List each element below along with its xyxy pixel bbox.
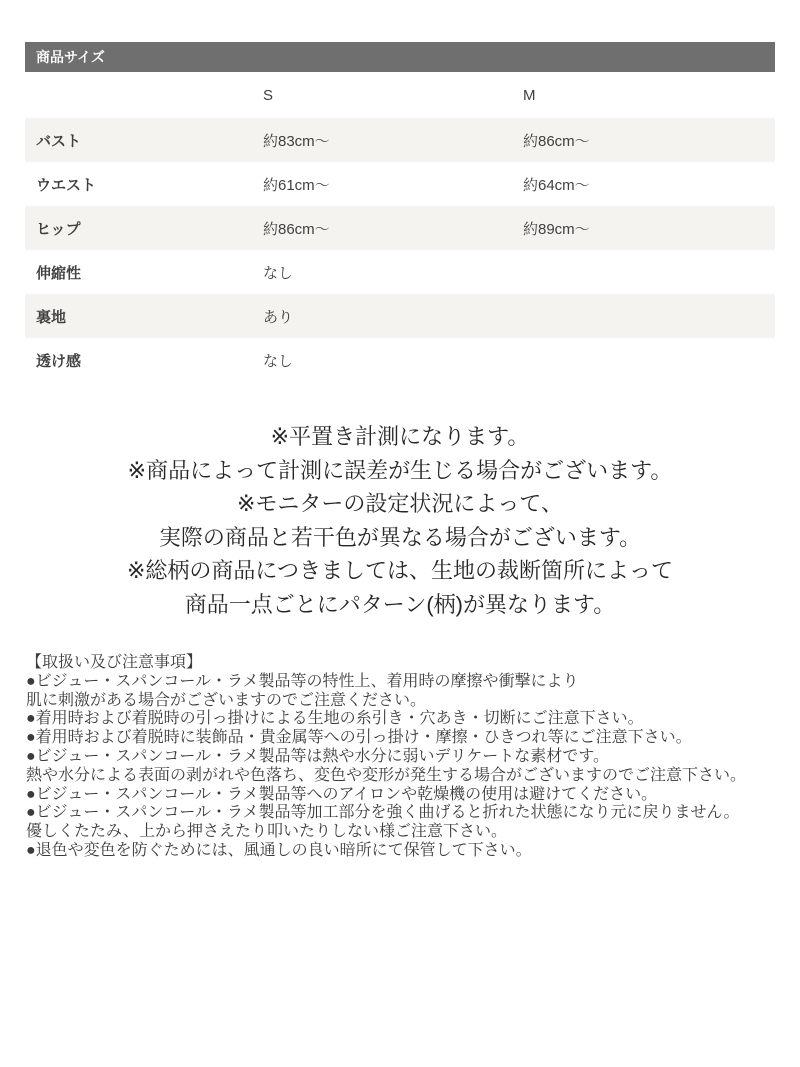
size-table-header-row: S M — [25, 72, 775, 118]
care-line: ●ビジュー・スパンコール・ラメ製品等へのアイロンや乾燥機の使用は避けてください。 — [26, 786, 786, 805]
row-value-m — [523, 338, 775, 382]
measurement-notes: ※平置き計測になります。 ※商品によって計測に誤差が生じる場合がございます。 ※… — [0, 420, 800, 622]
care-line: 優しくたたみ、上から押さえたり叩いたりしない様ご注意下さい。 — [26, 823, 786, 842]
product-size-section: 商品サイズ S M バスト 約83cm〜 約86cm〜 ウエスト 約61cm〜 … — [25, 42, 775, 382]
care-line: ●ビジュー・スパンコール・ラメ製品等の特性上、着用時の摩擦や衝撃により — [26, 673, 786, 692]
care-instructions-section: 【取扱い及び注意事項】 ●ビジュー・スパンコール・ラメ製品等の特性上、着用時の摩… — [26, 654, 786, 861]
care-line: 熱や水分による表面の剥がれや色落ち、変色や変形が発生する場合がございますのでご注… — [26, 767, 786, 786]
size-table-header-spacer — [25, 72, 263, 118]
row-value-s: なし — [263, 338, 523, 382]
row-label: バスト — [25, 118, 263, 162]
care-line: ●退色や変色を防ぐためには、風通しの良い暗所にて保管して下さい。 — [26, 842, 786, 861]
care-section-title: 【取扱い及び注意事項】 — [26, 654, 786, 673]
size-table-row-lining: 裏地 あり — [25, 294, 775, 338]
row-value-m: 約64cm〜 — [523, 162, 775, 206]
care-line: ●着用時および着脱時に装飾品・貴金属等への引っ掛け・摩擦・ひきつれ等にご注意下さ… — [26, 729, 786, 748]
row-value-m: 約86cm〜 — [523, 118, 775, 162]
care-line: ●着用時および着脱時の引っ掛けによる生地の糸引き・穴あき・切断にご注意下さい。 — [26, 710, 786, 729]
note-line: ※総柄の商品につきましては、生地の裁断箇所によって — [0, 554, 800, 588]
row-value-s: なし — [263, 250, 523, 294]
row-label: ヒップ — [25, 206, 263, 250]
note-line: 実際の商品と若干色が異なる場合がございます。 — [0, 521, 800, 555]
row-value-m — [523, 250, 775, 294]
note-line: ※平置き計測になります。 — [0, 420, 800, 454]
row-label: ウエスト — [25, 162, 263, 206]
note-line: ※商品によって計測に誤差が生じる場合がございます。 — [0, 454, 800, 488]
row-value-s: あり — [263, 294, 523, 338]
column-header-m: M — [523, 72, 775, 118]
row-label: 伸縮性 — [25, 250, 263, 294]
note-line: 商品一点ごとにパターン(柄)が異なります。 — [0, 588, 800, 622]
care-line: ●ビジュー・スパンコール・ラメ製品等加工部分を強く曲げると折れた状態になり元に戻… — [26, 804, 786, 823]
row-label: 裏地 — [25, 294, 263, 338]
size-section-title: 商品サイズ — [25, 42, 775, 72]
row-value-m: 約89cm〜 — [523, 206, 775, 250]
size-table-row-stretch: 伸縮性 なし — [25, 250, 775, 294]
row-value-s: 約61cm〜 — [263, 162, 523, 206]
size-table-row-waist: ウエスト 約61cm〜 約64cm〜 — [25, 162, 775, 206]
size-table-row-hip: ヒップ 約86cm〜 約89cm〜 — [25, 206, 775, 250]
column-header-s: S — [263, 72, 523, 118]
row-label: 透け感 — [25, 338, 263, 382]
row-value-s: 約83cm〜 — [263, 118, 523, 162]
row-value-s: 約86cm〜 — [263, 206, 523, 250]
row-value-m — [523, 294, 775, 338]
note-line: ※モニターの設定状況によって、 — [0, 487, 800, 521]
care-line: 肌に刺激がある場合がございますのでご注意ください。 — [26, 692, 786, 711]
size-table-row-bust: バスト 約83cm〜 約86cm〜 — [25, 118, 775, 162]
care-line: ●ビジュー・スパンコール・ラメ製品等は熱や水分に弱いデリケートな素材です。 — [26, 748, 786, 767]
size-table-row-sheerness: 透け感 なし — [25, 338, 775, 382]
